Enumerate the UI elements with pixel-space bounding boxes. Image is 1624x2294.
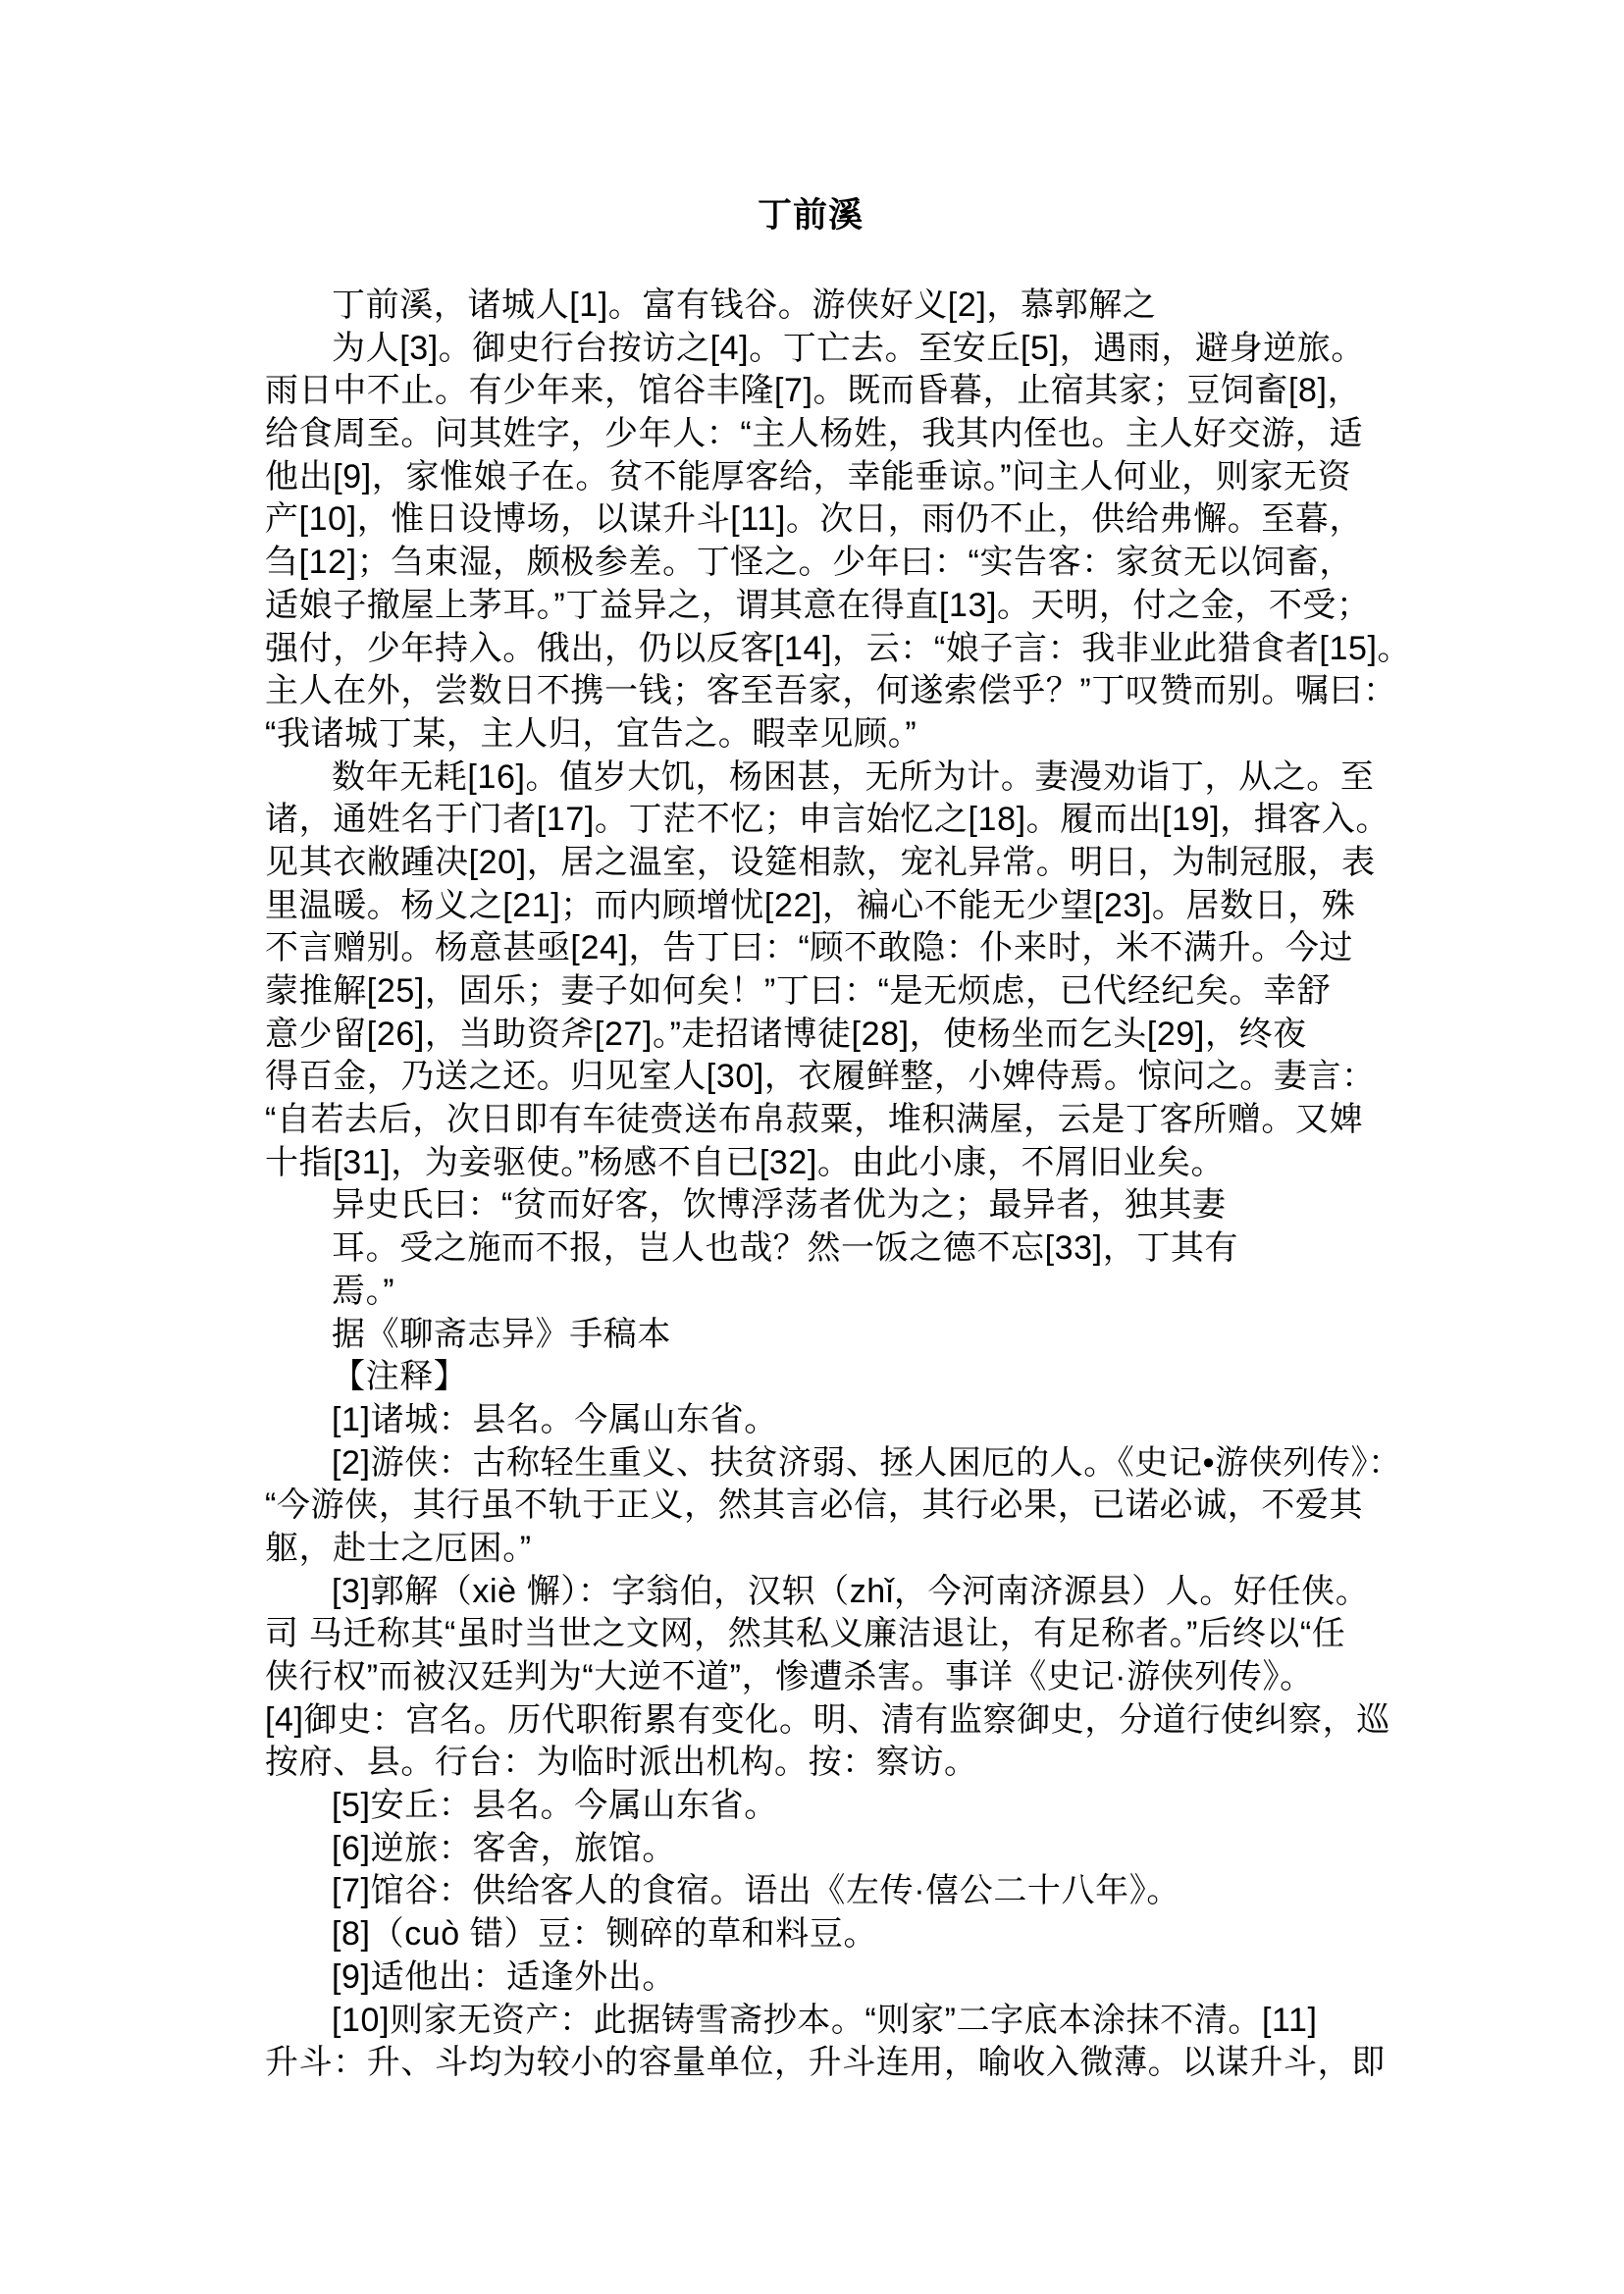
story-line: 丁前溪，诸城人[1]。富有钱谷。游侠好义[2]，慕郭解之 [265, 285, 1356, 328]
story-line: 数年无耗[16]。值岁大饥，杨困甚，无所为计。妻漫劝诣丁，从之。至 [265, 756, 1356, 800]
note-line: [2]游侠：古称轻生重义、扶贫济弱、拯人困厄的人。《史记•游侠列传》： [265, 1442, 1356, 1486]
notes-header: 【注释】 [265, 1356, 1356, 1399]
story-line: “自若去后，次日即有车徒赍送布帛菽粟，堆积满屋，云是丁客所赠。又婢 [265, 1099, 1356, 1142]
note-line: 按府、县。行台：为临时派出机构。按：察访。 [265, 1742, 1356, 1785]
story-line: “我诸城丁某，主人归，宜告之。暇幸见顾。” [265, 713, 1356, 756]
story-line: 给食周至。问其姓字，少年人：“主人杨姓，我其内侄也。主人好交游，适 [265, 413, 1356, 456]
colophon: 据《聊斋志异》手稿本 [265, 1314, 1356, 1357]
commentary-line: 焉。” [265, 1271, 1356, 1314]
story-line: 他出[9]，家惟娘子在。贫不能厚客给，幸能垂谅。”问主人何业，则家无资 [265, 456, 1356, 499]
note-line: [6]逆旅：客舍，旅馆。 [265, 1828, 1356, 1871]
story-line: 十指[31]，为妾驱使。”杨感不自已[32]。由此小康，不屑旧业矣。 [265, 1142, 1356, 1185]
note-line: 司 马迁称其“虽时当世之文网，然其私义廉洁退让，有足称者。”后终以“任 [265, 1613, 1356, 1656]
story-line: 刍[12]；刍束湿，颇极参差。丁怪之。少年曰：“实告客：家贫无以饲畜， [265, 542, 1356, 585]
note-line: 升斗：升、斗均为较小的容量单位，升斗连用，喻收入微薄。以谋升斗，即 [265, 2042, 1356, 2085]
story-line: 见其衣敝踵决[20]，居之温室，设筵相款，宠礼异常。明日，为制冠服，表 [265, 842, 1356, 885]
story-line: 诸，通姓名于门者[17]。丁茫不忆；申言始忆之[18]。履而出[19]，揖客入。 [265, 799, 1356, 842]
story-line: 蒙推解[25]，固乐；妻子如何矣！”丁曰：“是无烦虑，已代经纪矣。幸舒 [265, 970, 1356, 1014]
note-line: [10]则家无资产：此据铸雪斋抄本。“则家”二字底本涂抹不清。[11] [265, 2000, 1356, 2043]
note-line: 侠行权”而被汉廷判为“大逆不道”，惨遭杀害。事详《史记·游侠列传》。 [265, 1656, 1356, 1699]
story-line: 雨日中不止。有少年来，馆谷丰隆[7]。既而昏暮，止宿其家；豆饲畜[8]， [265, 370, 1356, 413]
note-line: [3]郭解（xiè 懈）：字翁伯，汉轵（zhǐ，今河南济源县）人。好任侠。 [265, 1571, 1356, 1614]
note-line: [9]适他出：适逢外出。 [265, 1956, 1356, 2000]
note-line: 躯，赴士之厄困。” [265, 1528, 1356, 1571]
story-line: 适娘子撤屋上茅耳。”丁益异之，谓其意在得直[13]。天明，付之金，不受； [265, 585, 1356, 628]
story-line: 意少留[26]，当助资斧[27]。”走招诸博徒[28]，使杨坐而乞头[29]，终… [265, 1014, 1356, 1057]
note-line: [8]（cuò 错）豆：铡碎的草和料豆。 [265, 1913, 1356, 1956]
commentary-line: 异史氏曰：“贫而好客，饮博浮荡者优为之；最异者，独其妻 [265, 1184, 1356, 1227]
note-line: [1]诸城：县名。今属山东省。 [265, 1399, 1356, 1442]
story-line: 主人在外，尝数日不携一钱；客至吾家，何遂索偿乎？”丁叹赞而别。嘱曰： [265, 670, 1356, 713]
page-title: 丁前溪 [265, 192, 1356, 239]
story-line: 产[10]，惟日设博场，以谋升斗[11]。次日，雨仍不止，供给弗懈。至暮， [265, 498, 1356, 542]
note-line: [7]馆谷：供给客人的食宿。语出《左传·僖公二十八年》。 [265, 1870, 1356, 1913]
text-column: 丁前溪 丁前溪，诸城人[1]。富有钱谷。游侠好义[2]，慕郭解之 为人[3]。御… [265, 0, 1356, 2085]
note-line: [4]御史：宫名。历代职衔累有变化。明、清有监察御史，分道行使纠察，巡 [265, 1699, 1356, 1743]
story-line: 为人[3]。御史行台按访之[4]。丁亡去。至安丘[5]，遇雨，避身逆旅。 [265, 328, 1356, 371]
document-page: 丁前溪 丁前溪，诸城人[1]。富有钱谷。游侠好义[2]，慕郭解之 为人[3]。御… [0, 0, 1624, 2294]
story-line: 不言赠别。杨意甚亟[24]，告丁曰：“顾不敢隐：仆来时，米不满升。今过 [265, 927, 1356, 970]
story-line: 里温暖。杨义之[21]；而内顾增忧[22]，褊心不能无少望[23]。居数日，殊 [265, 885, 1356, 928]
commentary-line: 耳。受之施而不报，岂人也哉？然一饭之德不忘[33]，丁其有 [265, 1227, 1356, 1271]
story-line: 强付，少年持入。俄出，仍以反客[14]，云：“娘子言：我非业此猎食者[15]。 [265, 628, 1356, 671]
story-line: 得百金，乃送之还。归见室人[30]，衣履鲜整，小婢侍焉。惊问之。妻言： [265, 1056, 1356, 1099]
note-line: “今游侠，其行虽不轨于正义，然其言必信，其行必果，已诺必诚，不爱其 [265, 1485, 1356, 1528]
note-line: [5]安丘：县名。今属山东省。 [265, 1785, 1356, 1828]
